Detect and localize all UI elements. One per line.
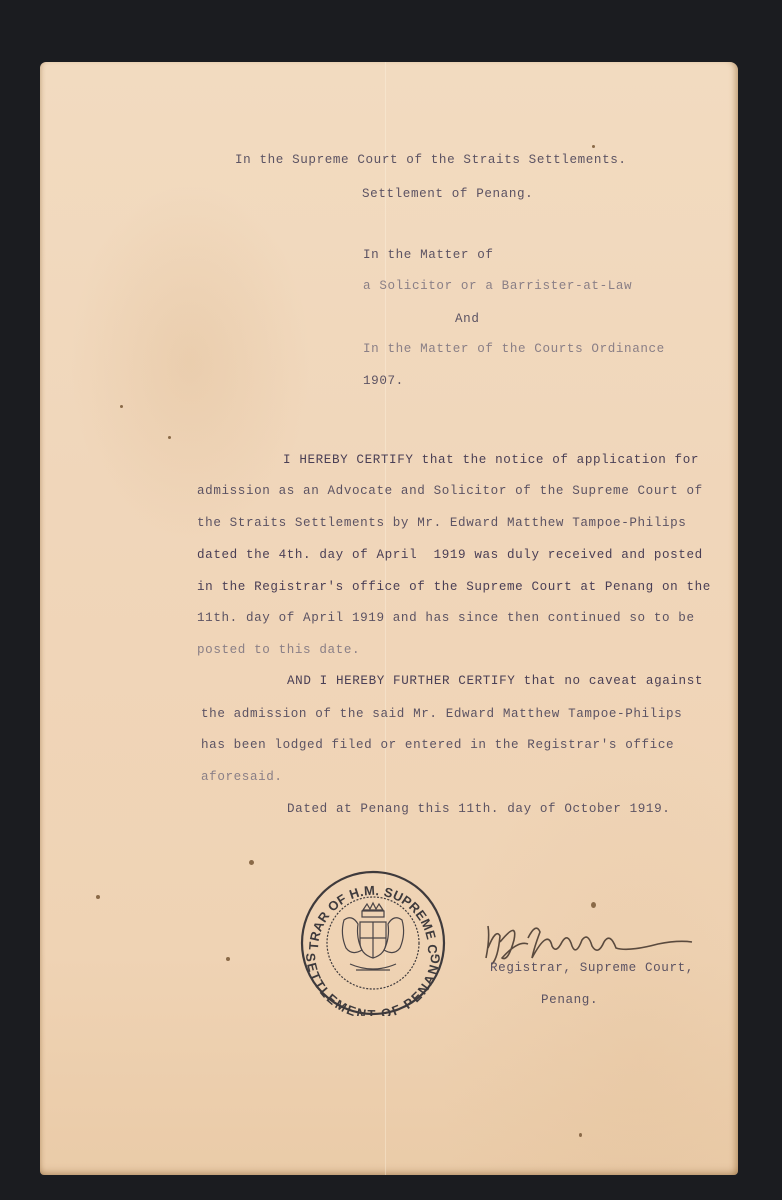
dated-line: Dated at Penang this 11th. day of Octobe… — [287, 801, 670, 817]
matter-line-4: 1907. — [363, 373, 404, 389]
registrar-seal-stamp: REGISTRAR OF H.M. SUPREME COURT SETTLEME… — [300, 870, 446, 1016]
certificate-para2-line4: aforesaid. — [201, 769, 283, 785]
signatory-title: Registrar, Supreme Court, — [490, 960, 694, 976]
certificate-para1-line3: the Straits Settlements by Mr. Edward Ma… — [197, 515, 686, 531]
certificate-para2-line1: AND I HEREBY FURTHER CERTIFY that no cav… — [287, 673, 703, 689]
foxing-spot — [96, 895, 100, 899]
certificate-para1-line7: posted to this date. — [197, 642, 360, 658]
matter-conjunction: And — [455, 311, 479, 327]
foxing-spot — [249, 860, 254, 865]
foxing-spot — [579, 1133, 582, 1137]
foxing-spot — [592, 145, 595, 148]
matter-line-1: In the Matter of — [363, 247, 494, 263]
certificate-para1-line6: 11th. day of April 1919 and has since th… — [197, 610, 695, 626]
court-heading: In the Supreme Court of the Straits Sett… — [235, 152, 627, 168]
coat-of-arms-icon — [342, 903, 403, 970]
certificate-para1-line4: dated the 4th. day of April 1919 was dul… — [197, 547, 703, 563]
certificate-para1-line5: in the Registrar's office of the Supreme… — [197, 579, 711, 595]
svg-text:W.G. Sarwa: W.G. Sarwa — [478, 918, 484, 919]
foxing-spot — [168, 436, 171, 439]
settlement-heading: Settlement of Penang. — [362, 186, 533, 202]
certificate-para1-line2: admission as an Advocate and Solicitor o… — [197, 483, 703, 499]
foxing-spot — [120, 405, 123, 408]
signatory-location: Penang. — [541, 992, 598, 1008]
foxing-spot — [591, 902, 596, 908]
seal-bottom-text: SETTLEMENT OF PENANG — [303, 952, 443, 1016]
certificate-para2-line3: has been lodged filed or entered in the … — [201, 737, 674, 753]
certificate-para2-line2: the admission of the said Mr. Edward Mat… — [201, 706, 682, 722]
matter-line-3: In the Matter of the Courts Ordinance — [363, 341, 665, 357]
certificate-para1-line1: I HEREBY CERTIFY that the notice of appl… — [283, 452, 699, 468]
foxing-spot — [226, 957, 230, 961]
matter-line-2: a Solicitor or a Barrister-at-Law — [363, 278, 632, 294]
